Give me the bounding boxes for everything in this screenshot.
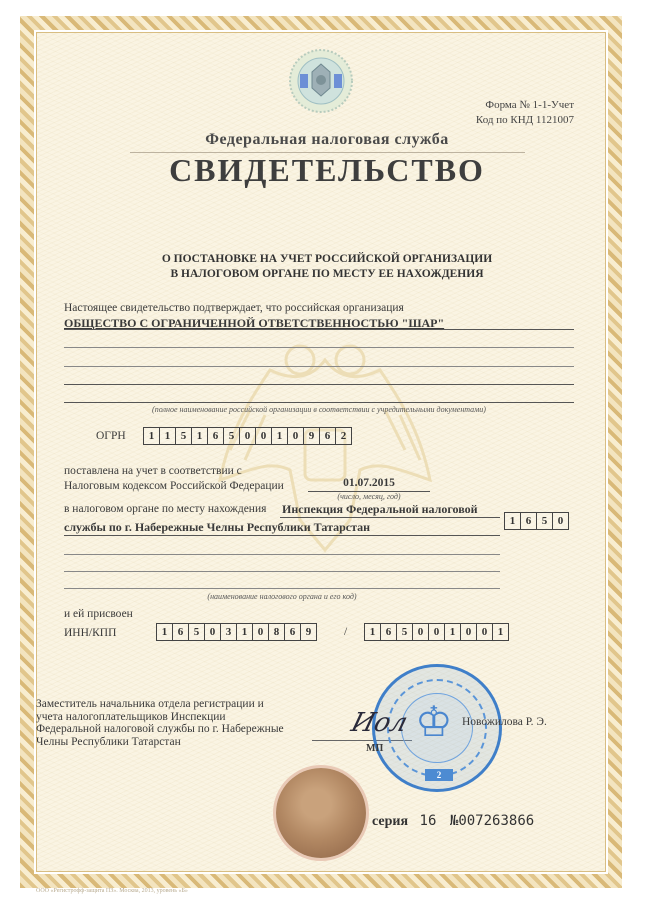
- registration-line-1: поставлена на учет в соответствии с: [64, 465, 242, 477]
- series-label: серия: [372, 814, 408, 829]
- digit-box: 6: [285, 624, 301, 640]
- form-number: Форма № 1-1-Учет: [476, 98, 574, 113]
- digit-box: 3: [221, 624, 237, 640]
- digit-box: 6: [521, 513, 537, 529]
- printer-note: ООО «Регистрофф-защита ПЗ». Москва, 2013…: [36, 888, 188, 894]
- fns-emblem-icon: [288, 48, 354, 114]
- digit-box: 5: [537, 513, 553, 529]
- digit-box: 1: [192, 428, 208, 444]
- organ-name-line-1: Инспекция Федеральной налоговой: [282, 502, 478, 517]
- digit-box: 0: [288, 428, 304, 444]
- ogrn-label: ОГРН: [96, 430, 126, 442]
- registration-date: 01.07.2015: [314, 477, 424, 489]
- digit-box: 0: [429, 624, 445, 640]
- digit-box: 6: [173, 624, 189, 640]
- inn-boxes: 1650310869: [156, 623, 317, 641]
- digit-box: 1: [160, 428, 176, 444]
- organization-caption: (полное наименование российской организа…: [64, 405, 574, 414]
- stamp-eagle-icon: ♔: [415, 697, 453, 747]
- org-line-5: [64, 402, 574, 403]
- digit-box: 0: [240, 428, 256, 444]
- serial-block: серия 16 №007263866: [372, 813, 534, 830]
- organ-code-boxes: 1650: [504, 512, 569, 530]
- digit-box: 1: [365, 624, 381, 640]
- position-line-1: Заместитель начальника отдела регистраци…: [36, 698, 284, 711]
- digit-box: 0: [553, 513, 568, 529]
- organ-name-line-2: службы по г. Набережные Челны Республики…: [64, 520, 370, 535]
- signature: Иол: [348, 708, 411, 738]
- digit-box: 6: [320, 428, 336, 444]
- subtitle-line-2: В НАЛОГОВОМ ОРГАНЕ ПО МЕСТУ ЕЕ НАХОЖДЕНИ…: [0, 267, 654, 282]
- digit-box: 2: [336, 428, 351, 444]
- digit-box: 5: [397, 624, 413, 640]
- digit-box: 0: [205, 624, 221, 640]
- digit-box: 0: [256, 428, 272, 444]
- digit-box: 0: [461, 624, 477, 640]
- kpp-boxes: 165001001: [364, 623, 509, 641]
- document-subtitle: О ПОСТАНОВКЕ НА УЧЕТ РОССИЙСКОЙ ОРГАНИЗА…: [0, 252, 654, 282]
- position-line-2: учета налогоплательщиков Инспекции: [36, 711, 284, 724]
- organ-line-2: [64, 535, 500, 536]
- knd-code: Код по КНД 1121007: [476, 113, 574, 128]
- digit-box: 1: [272, 428, 288, 444]
- registration-line-2: Налоговым кодексом Российской Федерации: [64, 480, 284, 492]
- stamp-place-mark: МП: [366, 743, 383, 754]
- organ-caption: (наименование налогового органа и его ко…: [64, 592, 500, 601]
- inn-kpp-separator: /: [344, 626, 347, 638]
- subtitle-line-1: О ПОСТАНОВКЕ НА УЧЕТ РОССИЙСКОЙ ОРГАНИЗА…: [0, 252, 654, 267]
- signatory-name: Новожилова Р. Э.: [462, 716, 547, 728]
- digit-box: 1: [157, 624, 173, 640]
- organ-line-5: [64, 588, 500, 589]
- digit-box: 9: [301, 624, 316, 640]
- signatory-position: Заместитель начальника отдела регистраци…: [36, 698, 284, 748]
- org-line-3: [64, 366, 574, 367]
- digit-box: 0: [477, 624, 493, 640]
- hologram-medal: [276, 768, 366, 858]
- organ-line-4: [64, 571, 500, 572]
- org-line-2: [64, 347, 574, 348]
- digit-box: 1: [505, 513, 521, 529]
- digit-box: 5: [224, 428, 240, 444]
- digit-box: 1: [493, 624, 508, 640]
- inn-kpp-label: ИНН/КПП: [64, 627, 116, 639]
- position-line-4: Челны Республики Татарстан: [36, 736, 284, 749]
- agency-name: Федеральная налоговая служба: [0, 131, 654, 149]
- digit-box: 9: [304, 428, 320, 444]
- date-caption: (число, месяц, год): [308, 492, 430, 501]
- position-line-3: Федеральной налоговой службы по г. Набер…: [36, 723, 284, 736]
- serial-number: №007263866: [450, 813, 534, 829]
- document-title: СВИДЕТЕЛЬСТВО: [0, 152, 654, 189]
- organ-line-1: [280, 517, 500, 518]
- digit-box: 1: [445, 624, 461, 640]
- digit-box: 6: [208, 428, 224, 444]
- digit-box: 5: [176, 428, 192, 444]
- digit-box: 1: [237, 624, 253, 640]
- organ-line-3: [64, 554, 500, 555]
- organization-intro: Настоящее свидетельство подтверждает, чт…: [64, 302, 404, 314]
- form-number-block: Форма № 1-1-Учет Код по КНД 1121007: [476, 98, 574, 128]
- digit-box: 0: [413, 624, 429, 640]
- stamp-number: 2: [425, 769, 453, 781]
- org-line-1: [64, 329, 574, 330]
- digit-box: 0: [253, 624, 269, 640]
- digit-box: 1: [144, 428, 160, 444]
- digit-box: 6: [381, 624, 397, 640]
- assigned-label: и ей присвоен: [64, 608, 133, 620]
- org-line-4: [64, 384, 574, 385]
- digit-box: 5: [189, 624, 205, 640]
- ogrn-boxes: 1151650010962: [143, 427, 352, 445]
- series-value: 16: [420, 813, 437, 829]
- digit-box: 8: [269, 624, 285, 640]
- organ-intro: в налоговом органе по месту нахождения: [64, 503, 266, 515]
